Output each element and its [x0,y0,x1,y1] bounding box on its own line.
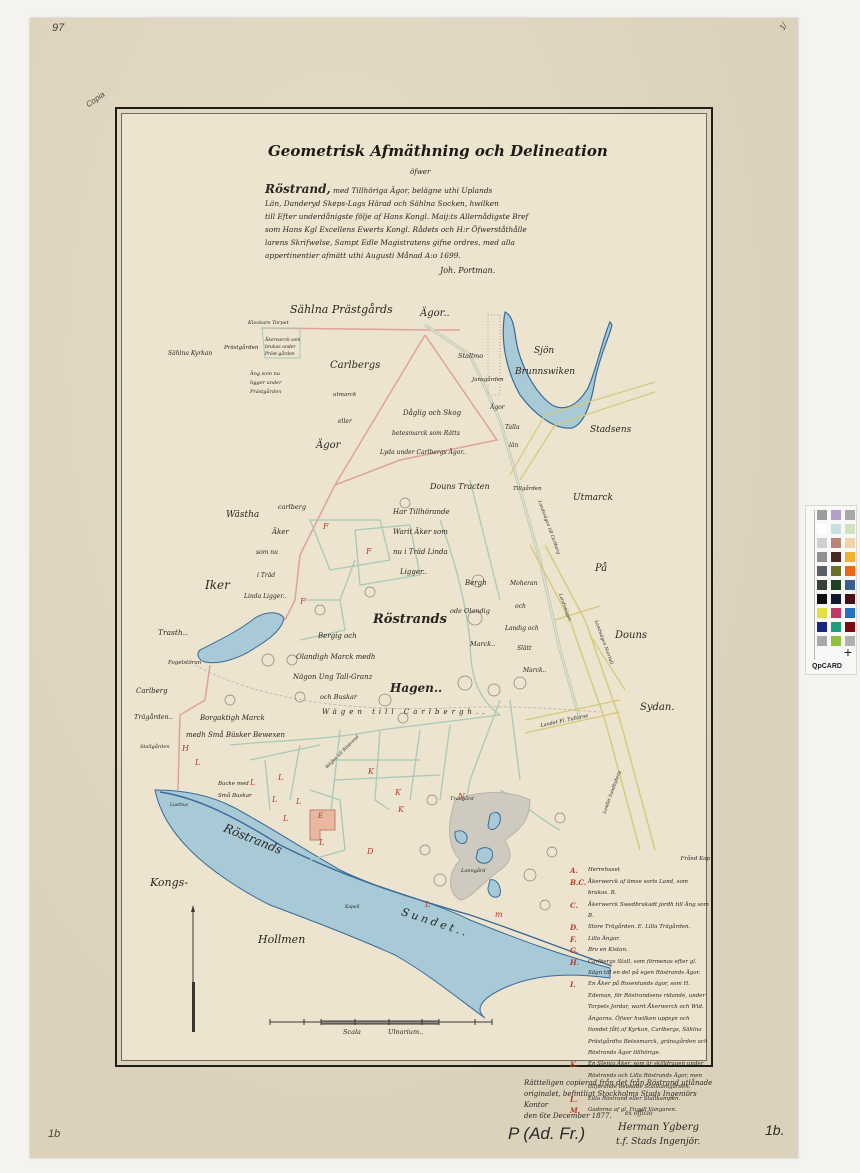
card-brand: QpCARD [812,663,842,670]
label-lanngard: Lanngård [461,868,486,874]
crosshair-icon: + [844,644,852,660]
label-betesmarck: betesmarck som Rätts [392,430,460,437]
field-marker-l: L [425,900,430,909]
color-swatch [831,566,841,576]
label-agor-top: Ägor.. [420,308,450,319]
field-marker-f: F [366,547,372,556]
label-aker: Äker [272,528,289,536]
label-utmarck: utmarck [333,392,356,398]
label-pa: På [595,563,607,574]
label-wagen-carlbergh: Wägen till Carlbergh.. [322,708,488,716]
label-roestrands: Röstrands [373,612,447,627]
label-och-buskar: och Buskar [320,693,357,701]
legend-item: I.En Åker på Rosenlunds ägor, som H. Ede… [570,979,710,1059]
surveyor-signature: Joh. Portman. [440,266,495,275]
copyist-title: t.f. Stads Ingenjör. [616,1137,700,1147]
label-sahlna-prastgards: Sählna Prästgårds [290,303,393,316]
map-description: Röstrand, med Tillhöriga Ägor, belägne u… [265,183,555,262]
legend-key: H. [570,957,582,980]
label-landig: Landig och [505,625,539,632]
label-lyda: Lyda under Carlbergs Ägor.. [380,449,466,456]
field-marker-n: N [458,792,465,801]
legend-text: Carlbergs Stall, som förmenas efter gl. … [588,957,710,980]
legend-key: I. [570,979,582,1059]
color-swatch [831,636,841,646]
field-marker-h: H [182,744,189,753]
legend-item: G.Bro en Kistan. [570,945,710,956]
description-line: appertinentier afmätt uthi Augusti Månad… [265,249,555,262]
label-utmarck-right: Utmarck [573,493,613,503]
label-lusthus: Lusthus [170,803,188,808]
legend-text: Bro en Kistan. [588,945,628,956]
color-swatch [831,622,841,632]
field-marker-k: K [398,805,404,814]
color-swatch [817,510,827,520]
color-swatch [845,594,855,604]
label-tillgarden: Tillgården [513,486,542,492]
label-moheran: Moheran [510,580,537,587]
label-iker: Iker [205,578,230,592]
legend-key: D. [570,922,582,933]
legend-text: Store Trägården. E. Lilla Trägården. [588,922,690,933]
label-som-nu: som nu [256,549,278,556]
card-ruler [808,510,815,660]
legend-text: Åkerwerck Swedbrukadt jordh till Äng som… [588,900,710,923]
ex-officio: ex officio [625,1110,653,1117]
label-ode-olandig: ode Olandig [450,607,490,615]
color-swatch [845,622,855,632]
scale-unit: Ulnarium.. [388,1028,423,1036]
legend-text: Åkerwerck af ümse sorts Land, som brukas… [588,877,710,900]
label-tillhorande: Har Tillhörande [393,508,450,516]
map-legend: Frånd Kap A.Herrehuset B.C.Åkerwerck af … [570,854,710,1116]
color-swatch [817,524,827,534]
label-trasth: Trasth.. [158,628,188,637]
color-swatch [817,566,827,576]
color-swatch [845,608,855,618]
color-swatch [831,580,841,590]
label-lan: län [509,442,518,449]
label-stallmo: Stallmo [458,352,483,360]
legend-item: C.Åkerwerck Swedbrukadt jordh till Äng s… [570,900,710,923]
field-marker-k: K [368,767,374,776]
label-linda-ligger: Linda Ligger.. [244,593,286,600]
copy-note: Rättteligen copierad från det från Röstr… [524,1078,714,1122]
legend-item: A.Herrehuset [570,865,710,876]
label-olandigh: Olandigh Marck medh [296,653,375,661]
label-backe: Backe med Små Buskar [218,778,253,802]
label-marck-low: Marck.. [523,667,546,674]
legend-item: F.Lilla Ängar. [570,934,710,945]
label-fogelstoran: Fogelstöran [168,660,198,666]
color-swatch [831,538,841,548]
label-sjon: Sjön [534,346,554,356]
field-marker-l: L [296,797,301,806]
label-ligger: Ligger.. [400,568,427,576]
label-agor-mid: Ägor [316,440,340,451]
color-swatch [831,608,841,618]
label-hagen: Hagen.. [390,681,442,695]
field-marker-l: L [272,795,277,804]
label-douns: Douns [615,630,647,641]
label-borgaktig: Borgaktigh Marck [200,714,265,722]
legend-item: H.Carlbergs Stall, som förmenas efter gl… [570,957,710,980]
label-i-trad: i Träd [257,572,275,579]
field-marker-e: E [318,812,323,820]
label-medh-sma: medh Små Büsker Bewexen [186,731,285,739]
label-bergig: Bergig och [318,632,357,640]
field-marker-m: m [495,910,503,919]
label-slath: Slätt [517,645,531,652]
label-agor-right: Ägor [490,404,505,411]
color-swatch [831,552,841,562]
label-brunnsviken: Brunnswiken [515,367,575,377]
legend-key: F. [570,934,582,945]
legend-key: A. [570,865,582,876]
color-swatch [831,524,841,534]
field-marker-l: L [195,758,200,767]
label-warit: Warit Äker som [393,528,448,536]
label-bergh: Bergh [465,579,487,587]
color-swatch [817,594,827,604]
label-akerwerck: Åkerwerck som brukas under Präst-gården [265,337,305,358]
label-kongs: Kongs- [150,876,188,889]
label-eller: eller [338,418,352,425]
field-marker-l: L [319,838,324,847]
color-swatch [845,580,855,590]
copyist-name: Herman Ygberg [618,1122,699,1133]
color-swatch [831,510,841,520]
color-swatch [845,538,855,548]
label-sydan: Sydan. [640,702,674,713]
label-talla: Talla [505,424,520,431]
legend-text: En Åker på Rosenlunds ägor, som H. Edema… [588,979,710,1059]
label-ang-prastgarden: Äng som nu ligger under Prästgården [250,370,295,397]
label-wastha: Wästha [226,510,259,520]
label-hagen-line: Nägon Ung Tall-Granz [293,673,372,681]
description-line: med Tillhöriga Ägor, belägne uthi Upland… [331,186,493,195]
color-swatch [817,580,827,590]
label-carlberg-far: Carlberg [136,687,168,695]
color-calibration-card: + QpCARD [805,505,857,675]
color-swatch [845,552,855,562]
field-marker-k: K [395,788,401,797]
field-marker-f: F [323,522,329,531]
description-line: Län, Danderyd Skeps-Lags Härad och Sähln… [265,197,555,210]
copy-note-line: Rättteligen copierad från det från Röstr… [524,1078,714,1089]
label-hollmen: Hollmen [258,933,305,946]
legend-text: Lilla Ängar. [588,934,620,945]
legend-key: B.C. [570,877,582,900]
color-swatch [817,636,827,646]
color-swatch [845,566,855,576]
label-stallgarden: Stallgården [140,744,170,750]
label-och: och [515,603,526,610]
label-carlbergs: Carlbergs [330,360,380,371]
label-sahlna-kyrkan: Sählna Kyrkan [168,350,212,357]
color-swatch [817,622,827,632]
legend-key: G. [570,945,582,956]
color-swatch [845,510,855,520]
field-marker-d: D [367,847,373,856]
map-title: Geometrisk Afmäthning och Delineation [268,142,608,160]
field-marker-l: L [283,814,288,823]
legend-item: D.Store Trägården. E. Lilla Trägården. [570,922,710,933]
label-kapell: Kapell [345,905,359,910]
label-tragarden: Trägården.. [134,713,173,721]
label-klockare: Klockare Torpet [248,320,289,326]
label-marck-r: Marck.. [470,640,495,648]
label-jansgard: Jansgården [472,377,504,383]
label-douns-tracten: Douns Tracten [430,482,490,491]
legend-key: C. [570,900,582,923]
description-line: som Hans Kgl Excellens Ewerts Kongl. Råd… [265,223,555,236]
copy-note-line: originalet, befintligt Stockholms Stads … [524,1089,714,1111]
label-carlberg-left: carlberg [278,503,306,511]
color-swatch [817,608,827,618]
field-marker-f: F [300,597,306,606]
description-line: larens Skrifwelse, Sampt Edle Magistrate… [265,236,555,249]
color-swatch [817,552,827,562]
label-nu-i: nu i Träd Linda [393,548,448,556]
legend-header: Frånd Kap [681,854,710,865]
legend-item: B.C.Åkerwerck af ümse sorts Land, som br… [570,877,710,900]
field-marker-l: L [250,778,255,787]
legend-text: Herrehuset [588,865,620,876]
label-stadsens: Stadsens [590,425,631,435]
title-connector: öfwer [410,168,430,176]
label-duglig: Dåglig och Skog [403,409,461,417]
color-swatch-grid [817,510,855,646]
color-swatch [831,594,841,604]
field-marker-l: L [278,773,283,782]
color-swatch [845,524,855,534]
place-name: Röstrand, [265,182,331,196]
description-line: till Efter underdånigste följe af Hans K… [265,210,555,223]
label-prastgarden: Prästgården [224,345,258,351]
color-swatch [817,538,827,548]
copy-note-line: den 6te December 1877. [524,1111,714,1122]
scale-label: Scala [343,1028,361,1036]
